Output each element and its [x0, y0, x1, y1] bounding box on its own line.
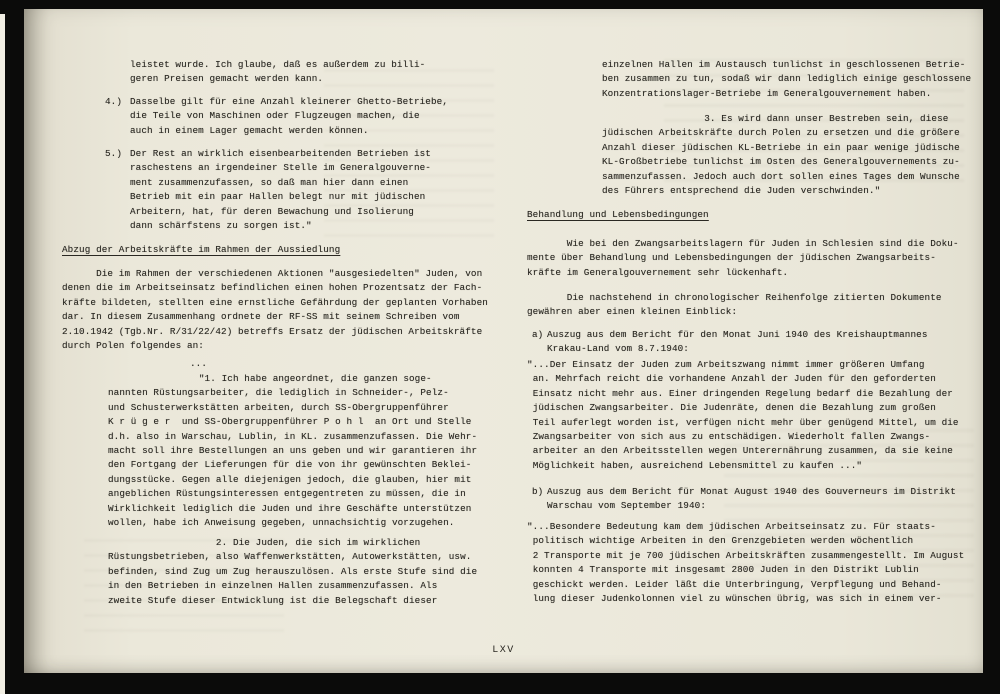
- paragraph-dokumente: Wie bei den Zwangsarbeitslagern für Jude…: [527, 237, 973, 280]
- list-marker: b): [532, 485, 547, 514]
- document-item-text: Auszug aus dem Bericht für Monat August …: [547, 485, 956, 514]
- quoted-order-continuation: einzelnen Hallen im Austausch tunlichst …: [602, 58, 972, 101]
- scanned-document-page: leistet wurde. Ich glaube, daß es außerd…: [24, 9, 983, 673]
- left-column: leistet wurde. Ich glaube, daß es außerd…: [62, 9, 502, 673]
- paragraph-continuation: leistet wurde. Ich glaube, daß es außerd…: [130, 58, 460, 87]
- quoted-order-point-2: 2. Die Juden, die sich im wirklichen Rüs…: [108, 536, 493, 608]
- page-number: LXV: [24, 645, 983, 656]
- section-heading-behandlung: Behandlung und Lebensbedingungen: [527, 208, 947, 222]
- book-page-edge: [0, 14, 5, 694]
- quoted-report-b: "...Besondere Bedeutung kam dem jüdische…: [527, 520, 975, 606]
- quoted-order-point-1: "1. Ich habe angeordnet, die ganzen soge…: [108, 372, 493, 530]
- list-item-4: 4.) Dasselbe gilt für eine Anzahl kleine…: [105, 95, 495, 138]
- list-marker: 4.): [105, 95, 130, 138]
- document-item-text: Auszug aus dem Bericht für den Monat Jun…: [547, 328, 928, 357]
- right-column: einzelnen Hallen im Austausch tunlichst …: [527, 9, 979, 673]
- list-item-5: 5.) Der Rest an wirklich eisenbearbeiten…: [105, 147, 495, 233]
- quoted-report-a: "...Der Einsatz der Juden zum Arbeitszwa…: [527, 358, 975, 473]
- list-item-text: Dasselbe gilt für eine Anzahl kleinerer …: [130, 95, 448, 138]
- document-item-a: a) Auszug aus dem Bericht für den Monat …: [532, 328, 972, 357]
- list-marker: 5.): [105, 147, 130, 233]
- section-heading-abzug: Abzug der Arbeitskräfte im Rahmen der Au…: [62, 243, 482, 257]
- paragraph-einblick: Die nachstehend in chronologischer Reihe…: [527, 291, 973, 320]
- list-item-text: Der Rest an wirklich eisenbearbeitenden …: [130, 147, 431, 233]
- intro-paragraph: Die im Rahmen der verschiedenen Aktionen…: [62, 267, 498, 353]
- document-item-b: b) Auszug aus dem Bericht für Monat Augu…: [532, 485, 972, 514]
- quoted-order-point-3: 3. Es wird dann unser Bestreben sein, di…: [602, 112, 972, 198]
- list-marker: a): [532, 328, 547, 357]
- ellipsis-line: ...: [190, 357, 250, 371]
